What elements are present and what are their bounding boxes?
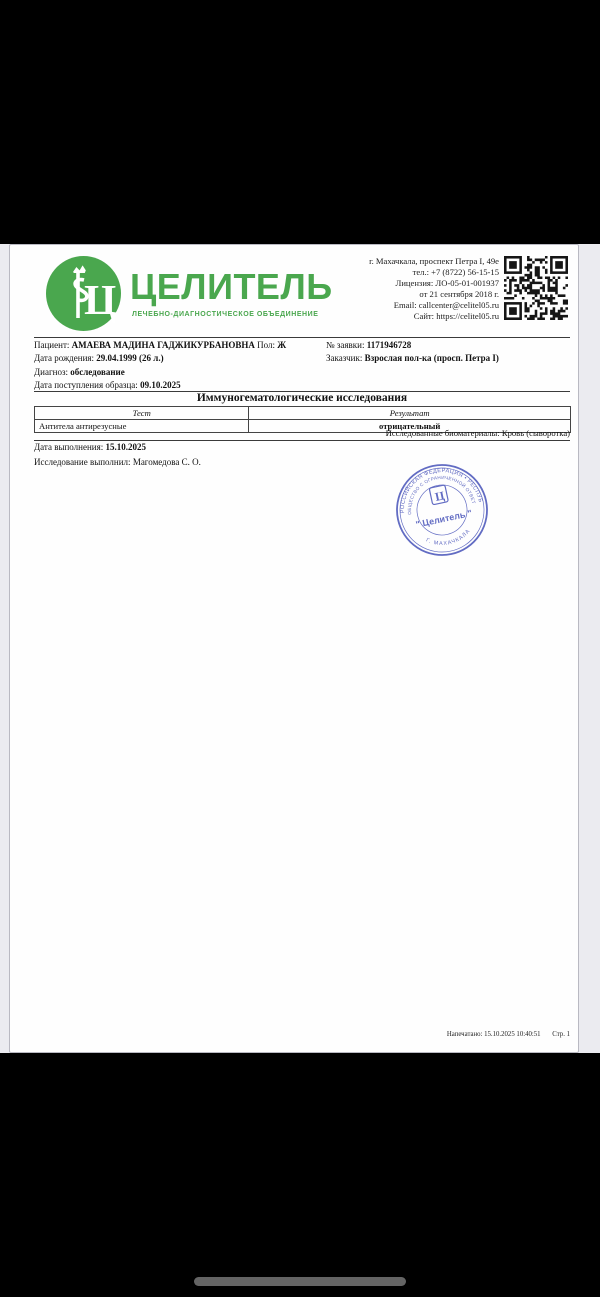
sex-value: Ж [277,340,286,350]
contact-site: Сайт: https://celitel05.ru [260,311,499,322]
done-date-row: Дата выполнения: 15.10.2025 [34,442,146,452]
request-row: № заявки: 1171946728 [326,339,571,352]
printed-timestamp: Напечатано: 15.10.2025 10:40:51 [447,1031,541,1038]
sample-label: Дата поступления образца: [34,380,138,390]
contact-email: Email: callcenter@celitel05.ru [260,300,499,311]
sex-label: Пол: [257,340,275,350]
contact-license: Лицензия: ЛО-05-01-001937 [260,278,499,289]
done-date-label: Дата выполнения: [34,442,103,452]
document-viewer: Ц ЦЕЛИТЕЛЬ ЛЕЧЕБНО-ДИАГНОСТИЧЕСКОЕ ОБЪЕД… [0,244,600,1053]
svg-text:" Целитель ": " Целитель " [415,508,473,530]
clinic-contacts: г. Махачкала, проспект Петра I, 49е тел.… [260,256,499,322]
page-number: Стр. 1 [552,1031,570,1038]
patient-label: Пациент: [34,340,69,350]
birth-label: Дата рождения: [34,353,94,363]
sample-date-value: 09.10.2025 [140,380,181,390]
phone-screen: Ц ЦЕЛИТЕЛЬ ЛЕЧЕБНО-ДИАГНОСТИЧЕСКОЕ ОБЪЕД… [0,0,600,1297]
customer-row: Заказчик: Взрослая пол-ка (просп. Петра … [326,352,571,365]
diagnosis-value: обследование [70,367,124,377]
biomaterials-note: Исследованные биоматериалы: Кровь (сывор… [34,428,570,438]
request-number: 1171946728 [367,340,412,350]
performed-by-label: Исследование выполнил: [34,457,131,467]
test-column-header: Тест [35,407,249,420]
clinic-stamp: РОССИЙСКАЯ ФЕДЕРАЦИЯ • РЕСПУБЛИКА ДАГЕСТ… [382,450,502,570]
patient-name: АМАЕВА МАДИНА ГАДЖИКУРБАНОВНА [72,340,255,350]
lab-report-page: Ц ЦЕЛИТЕЛЬ ЛЕЧЕБНО-ДИАГНОСТИЧЕСКОЕ ОБЪЕД… [9,244,579,1053]
birth-row: Дата рождения: 29.04.1999 (26 л.) [34,352,324,365]
print-footer: Напечатано: 15.10.2025 10:40:51 Стр. 1 [34,1031,570,1038]
customer-value: Взрослая пол-ка (просп. Петра I) [365,353,499,363]
qr-code-icon [504,256,568,320]
table-header-row: Тест Результат [35,407,571,420]
birth-value: 29.04.1999 (26 л.) [96,353,163,363]
contact-phone: тел.: +7 (8722) 56-15-15 [260,267,499,278]
svg-text:Ц: Ц [434,488,447,504]
done-date-value: 15.10.2025 [106,442,147,452]
patient-row: Пациент: АМАЕВА МАДИНА ГАДЖИКУРБАНОВНА П… [34,339,324,352]
header-divider [34,337,570,338]
performed-by-value: Магомедова С. О. [133,457,201,467]
top-black-bar [0,0,600,244]
svg-text:Ц: Ц [84,278,117,324]
bottom-black-bar [0,1053,600,1297]
result-column-header: Результат [249,407,571,420]
order-info-block: № заявки: 1171946728 Заказчик: Взрослая … [326,339,571,366]
diagnosis-label: Диагноз: [34,367,68,377]
request-label: № заявки: [326,340,364,350]
contact-address: г. Махачкала, проспект Петра I, 49е [260,256,499,267]
customer-label: Заказчик: [326,353,362,363]
diagnosis-row: Диагноз: обследование [34,366,324,379]
home-indicator[interactable] [194,1277,406,1286]
contact-license-date: от 21 сентября 2018 г. [260,289,499,300]
performed-by-row: Исследование выполнил: Магомедова С. О. [34,457,201,467]
clinic-logo-icon: Ц [46,256,121,331]
section-title: Иммуногематологические исследования [34,392,570,404]
patient-info-block: Пациент: АМАЕВА МАДИНА ГАДЖИКУРБАНОВНА П… [34,339,324,393]
results-divider [34,440,570,441]
